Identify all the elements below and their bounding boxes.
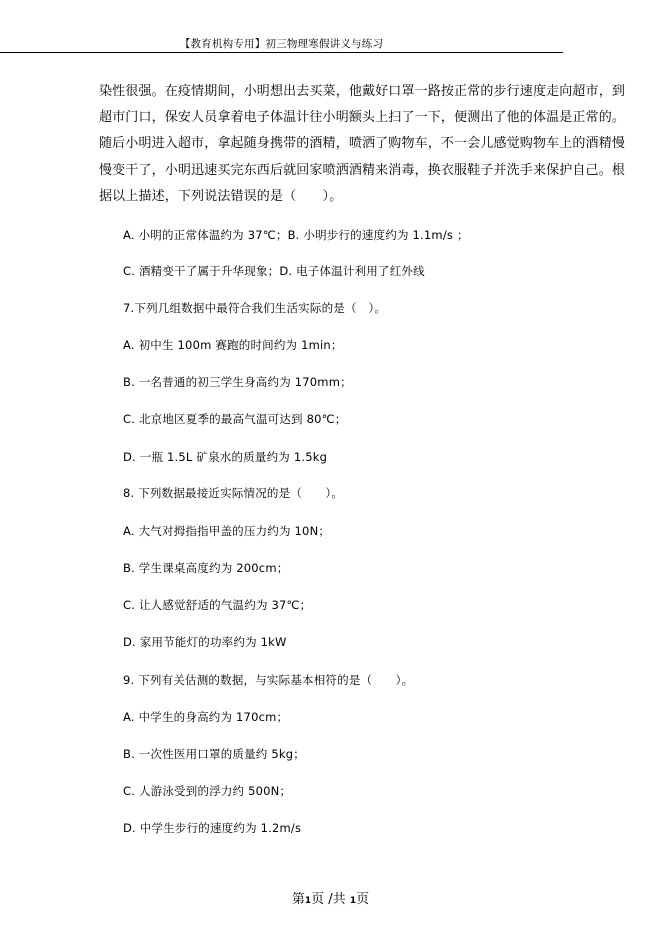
question-7-option-b: B. 一名普通的初三学生身高约为 170mm； (123, 374, 352, 390)
question-7-stem: 7.下列几组数据中最符合我们生活实际的是（ ）。 (123, 300, 386, 316)
question-7-option-c: C. 北京地区夏季的最高气温可达到 80℃； (123, 411, 346, 427)
question-8-option-c: C. 让人感觉舒适的气温约为 37℃； (123, 597, 311, 613)
header-title: 【教育机构专用】初三物理寒假讲义与练习 (0, 38, 563, 50)
header-divider (0, 52, 563, 53)
question-8-option-b: B. 学生课桌高度约为 200cm； (123, 560, 288, 576)
question-6-passage: 染性很强。在疫情期间，小明想出去买菜，他戴好口罩一路按正常的步行速度走向超市，到… (99, 79, 565, 210)
passage-line: 随后小明进入超市，拿起随身携带的酒精，喷洒了购物车，不一会儿感觉购物车上的酒精慢 (99, 131, 565, 157)
question-9-option-b: B. 一次性医用口罩的质量约 5kg； (123, 746, 305, 762)
passage-line: 慢变干了，小明迅速买完东西后就回家喷洒酒精来消毒，换衣服鞋子并洗手来保护自己。根 (99, 158, 565, 184)
question-9-option-a: A. 中学生的身高约为 170cm； (123, 709, 288, 725)
question-6-option-ab: A. 小明的正常体温约为 37℃；B. 小明步行的速度约为 1.1m/s ； (123, 227, 469, 243)
question-8-stem: 8. 下列数据最接近实际情况的是（ ）。 (123, 485, 343, 501)
passage-line: 染性很强。在疫情期间，小明想出去买菜，他戴好口罩一路按正常的步行速度走向超市，到 (99, 79, 565, 105)
question-9-stem: 9. 下列有关估测的数据，与实际基本相符的是（ ）。 (123, 672, 413, 688)
question-8-option-a: A. 大气对拇指指甲盖的压力约为 10N； (123, 523, 330, 539)
question-8-option-d: D. 家用节能灯的功率约为 1kW (123, 634, 287, 650)
question-9-option-c: C. 人游泳受到的浮力约 500N； (123, 783, 291, 799)
question-7-option-d: D. 一瓶 1.5L 矿泉水的质量约为 1.5kg (123, 449, 327, 465)
footer-middle: 页 /共 (311, 892, 350, 907)
footer-suffix: 页 (356, 892, 369, 907)
passage-line: 超市门口，保安人员拿着电子体温计往小明额头上扫了一下，便测出了他的体温是正常的。 (99, 105, 565, 131)
question-7-option-a: A. 初中生 100m 赛跑的时间约为 1min； (123, 337, 343, 353)
question-6-option-cd: C. 酒精变干了属于升华现象；D. 电子体温计利用了红外线 (123, 263, 425, 279)
footer-prefix: 第 (292, 892, 305, 907)
question-9-option-d: D. 中学生步行的速度约为 1.2m/s (123, 820, 301, 836)
passage-line: 据以上描述，下列说法错误的是（ ）。 (99, 184, 565, 210)
page-footer: 第1页 /共 1页 (0, 892, 661, 909)
